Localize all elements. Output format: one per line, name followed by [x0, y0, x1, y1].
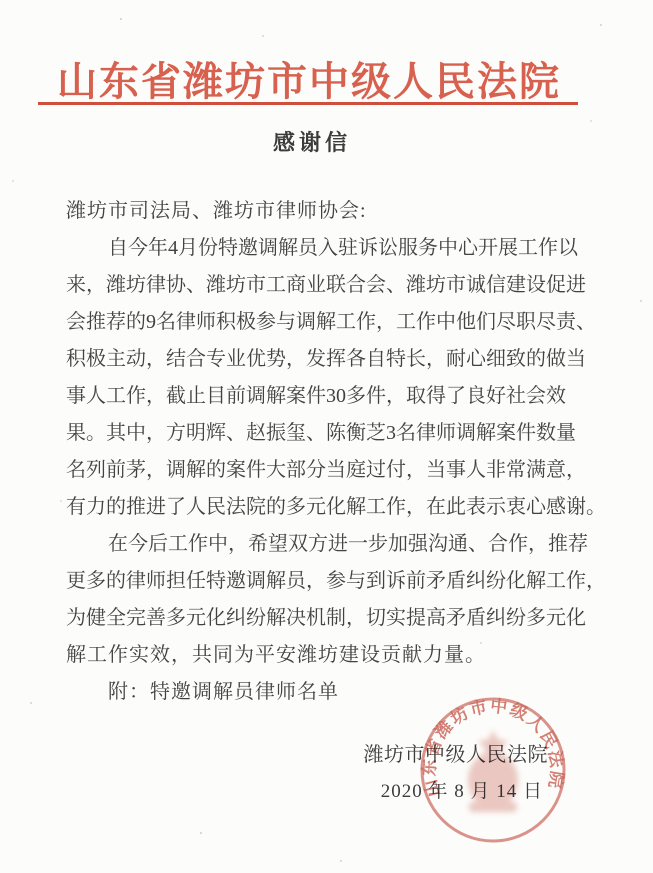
scan-noise — [0, 0, 2, 2]
body-line: 会推荐的 9 名律师积极参与调解工作，工作中他们尽职尽责、 — [66, 304, 554, 341]
body-line: 果。其中，方明辉、赵振玺、陈衡芝 3 名律师调解案件数量 — [66, 415, 554, 452]
body-line: 来，潍坊律协、潍坊市工商业联合会、潍坊市诚信建设促进 — [66, 267, 554, 304]
body-line: 解工作实效，共同为平安潍坊建设贡献力量。 — [66, 637, 554, 674]
letterhead-rule — [38, 102, 578, 105]
body-line: 在今后工作中，希望双方进一步加强沟通、合作，推荐 — [66, 526, 554, 563]
document-title: 感谢信 — [0, 126, 624, 157]
letter-body: 潍坊市司法局、潍坊市律师协会: 自今年 4 月份特邀调解员入驻诉讼服务中心开展工… — [66, 193, 554, 711]
body-line: 自今年 4 月份特邀调解员入驻诉讼服务中心开展工作以 — [66, 230, 554, 267]
body-line: 有力的推进了人民法院的多元化解工作，在此表示衷心感谢。 — [66, 489, 554, 526]
body-line: 事人工作，截止目前调解案件 30 多件，取得了良好社会效 — [66, 378, 554, 415]
seal-emblem — [468, 730, 518, 812]
body-line: 更多的律师担任特邀调解员，参与到诉前矛盾纠纷化解工作， — [66, 563, 554, 600]
body-line: 名列前茅，调解的案件大部分当庭过付，当事人非常满意， — [66, 452, 554, 489]
body-line: 为健全完善多元化纠纷解决机制，切实提高矛盾纠纷多元化 — [66, 600, 554, 637]
salutation-line: 潍坊市司法局、潍坊市律师协会: — [66, 193, 554, 230]
body-line: 积极主动，结合专业优势，发挥各自特长，耐心细致的做当 — [66, 341, 554, 378]
letterhead-court-name: 山东省潍坊市中级人民法院 — [0, 50, 618, 107]
official-seal-stamp: 山东省潍坊市中级人民法院 — [413, 690, 573, 850]
scanned-letter-page: 山东省潍坊市中级人民法院 感谢信 潍坊市司法局、潍坊市律师协会: 自今年 4 月… — [0, 0, 653, 873]
